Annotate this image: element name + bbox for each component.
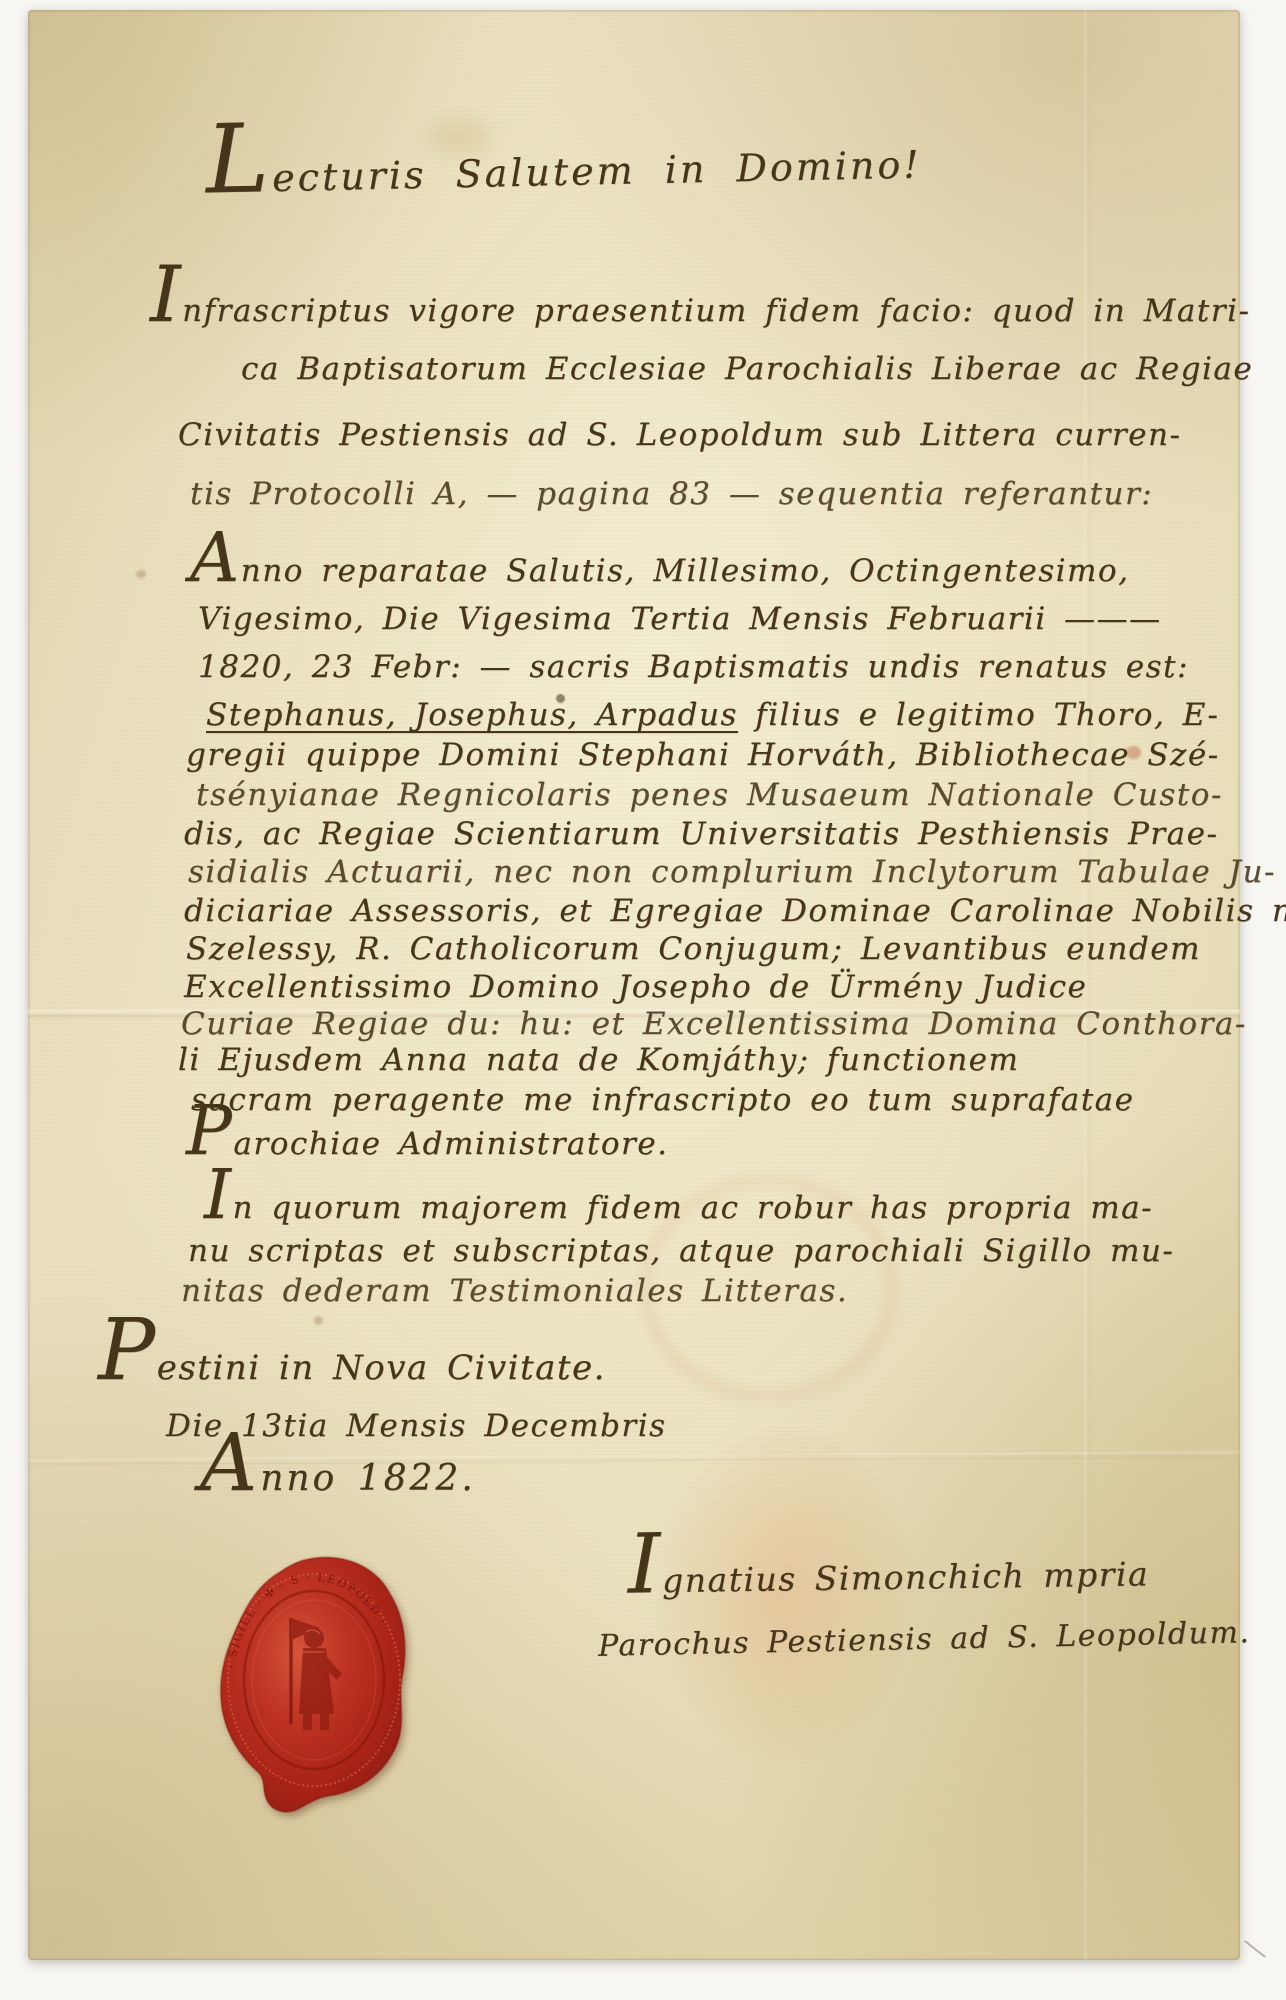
document-paper: Lecturis Salutem in Domino! Infrascriptu…: [28, 10, 1240, 1960]
paragraph1-line: Infrascriptus vigore praesentium fidem f…: [150, 293, 1250, 329]
paragraph2-line: tsényianae Regnicolaris penes Musaeum Na…: [196, 777, 1223, 813]
paragraph2-line: gregii quippe Domini Stephani Horváth, B…: [186, 737, 1220, 773]
foxing-spot: [314, 1316, 323, 1325]
paragraph2-line: 1820, 23 Febr: — sacris Baptismatis undi…: [198, 649, 1189, 685]
signature-name: Ignatius Simonchich mpria: [628, 1554, 1150, 1600]
paragraph2-line: diciariae Assessoris, et Egregiae Domina…: [184, 893, 1286, 929]
paragraph2-line: Excellentissimo Domino Josepho de Ürmény…: [184, 969, 1087, 1005]
paragraph2-line: Parochiae Administratore.: [186, 1126, 669, 1162]
dateline-place: Pestini in Nova Civitate.: [98, 1348, 606, 1388]
corner-mark: [1244, 1940, 1266, 1958]
paragraph2-names-line: Stephanus, Josephus, Arpadus filius e le…: [206, 697, 1219, 733]
names-line-rest: filius e legitimo Thoro, E-: [738, 697, 1219, 733]
paragraph2-line: sacram peragente me infrascripto eo tum …: [191, 1082, 1134, 1118]
paragraph1-line: Civitatis Pestiensis ad S. Leopoldum sub…: [178, 417, 1181, 453]
paragraph1-line: ca Baptisatorum Ecclesiae Parochialis Li…: [241, 351, 1253, 387]
paragraph2-line: Szelessy, R. Catholicorum Conjugum; Leva…: [186, 931, 1201, 967]
paragraph3-line: nu scriptas et subscriptas, atque paroch…: [188, 1233, 1174, 1269]
paragraph2-line: li Ejusdem Anna nata de Komjáthy; functi…: [178, 1042, 1019, 1078]
paragraph3-line: nitas dederam Testimoniales Litteras.: [181, 1273, 848, 1309]
paragraph2-line: Vigesimo, Die Vigesima Tertia Mensis Feb…: [198, 601, 1162, 637]
paragraph2-line: sidialis Actuarii, nec non complurium In…: [188, 854, 1276, 890]
foxing-spot: [136, 570, 146, 578]
water-stain: [430, 120, 490, 154]
baptismal-names: Stephanus, Josephus, Arpadus: [206, 697, 738, 733]
paragraph1-line: tis Protocolli A, — pagina 83 — sequenti…: [190, 476, 1153, 512]
signature-title: Parochus Pestiensis ad S. Leopoldum.: [598, 1615, 1251, 1664]
dateline-year: Anno 1822.: [200, 1458, 476, 1499]
paragraph2-line: dis, ac Regiae Scientiarum Universitatis…: [184, 816, 1218, 852]
red-wax-seal: · SIGILL · ✠ · S · LEOPOLD ·: [200, 1552, 430, 1817]
paragraph2-line: Curiae Regiae du: hu: et Excellentissima…: [181, 1006, 1247, 1042]
paragraph2-line: Anno reparatae Salutis, Millesimo, Octin…: [190, 553, 1129, 589]
document-photo: Lecturis Salutem in Domino! Infrascriptu…: [0, 0, 1286, 2000]
paragraph3-line: In quorum majorem fidem ac robur has pro…: [204, 1190, 1153, 1226]
salutation-line: Lecturis Salutem in Domino!: [206, 143, 922, 202]
